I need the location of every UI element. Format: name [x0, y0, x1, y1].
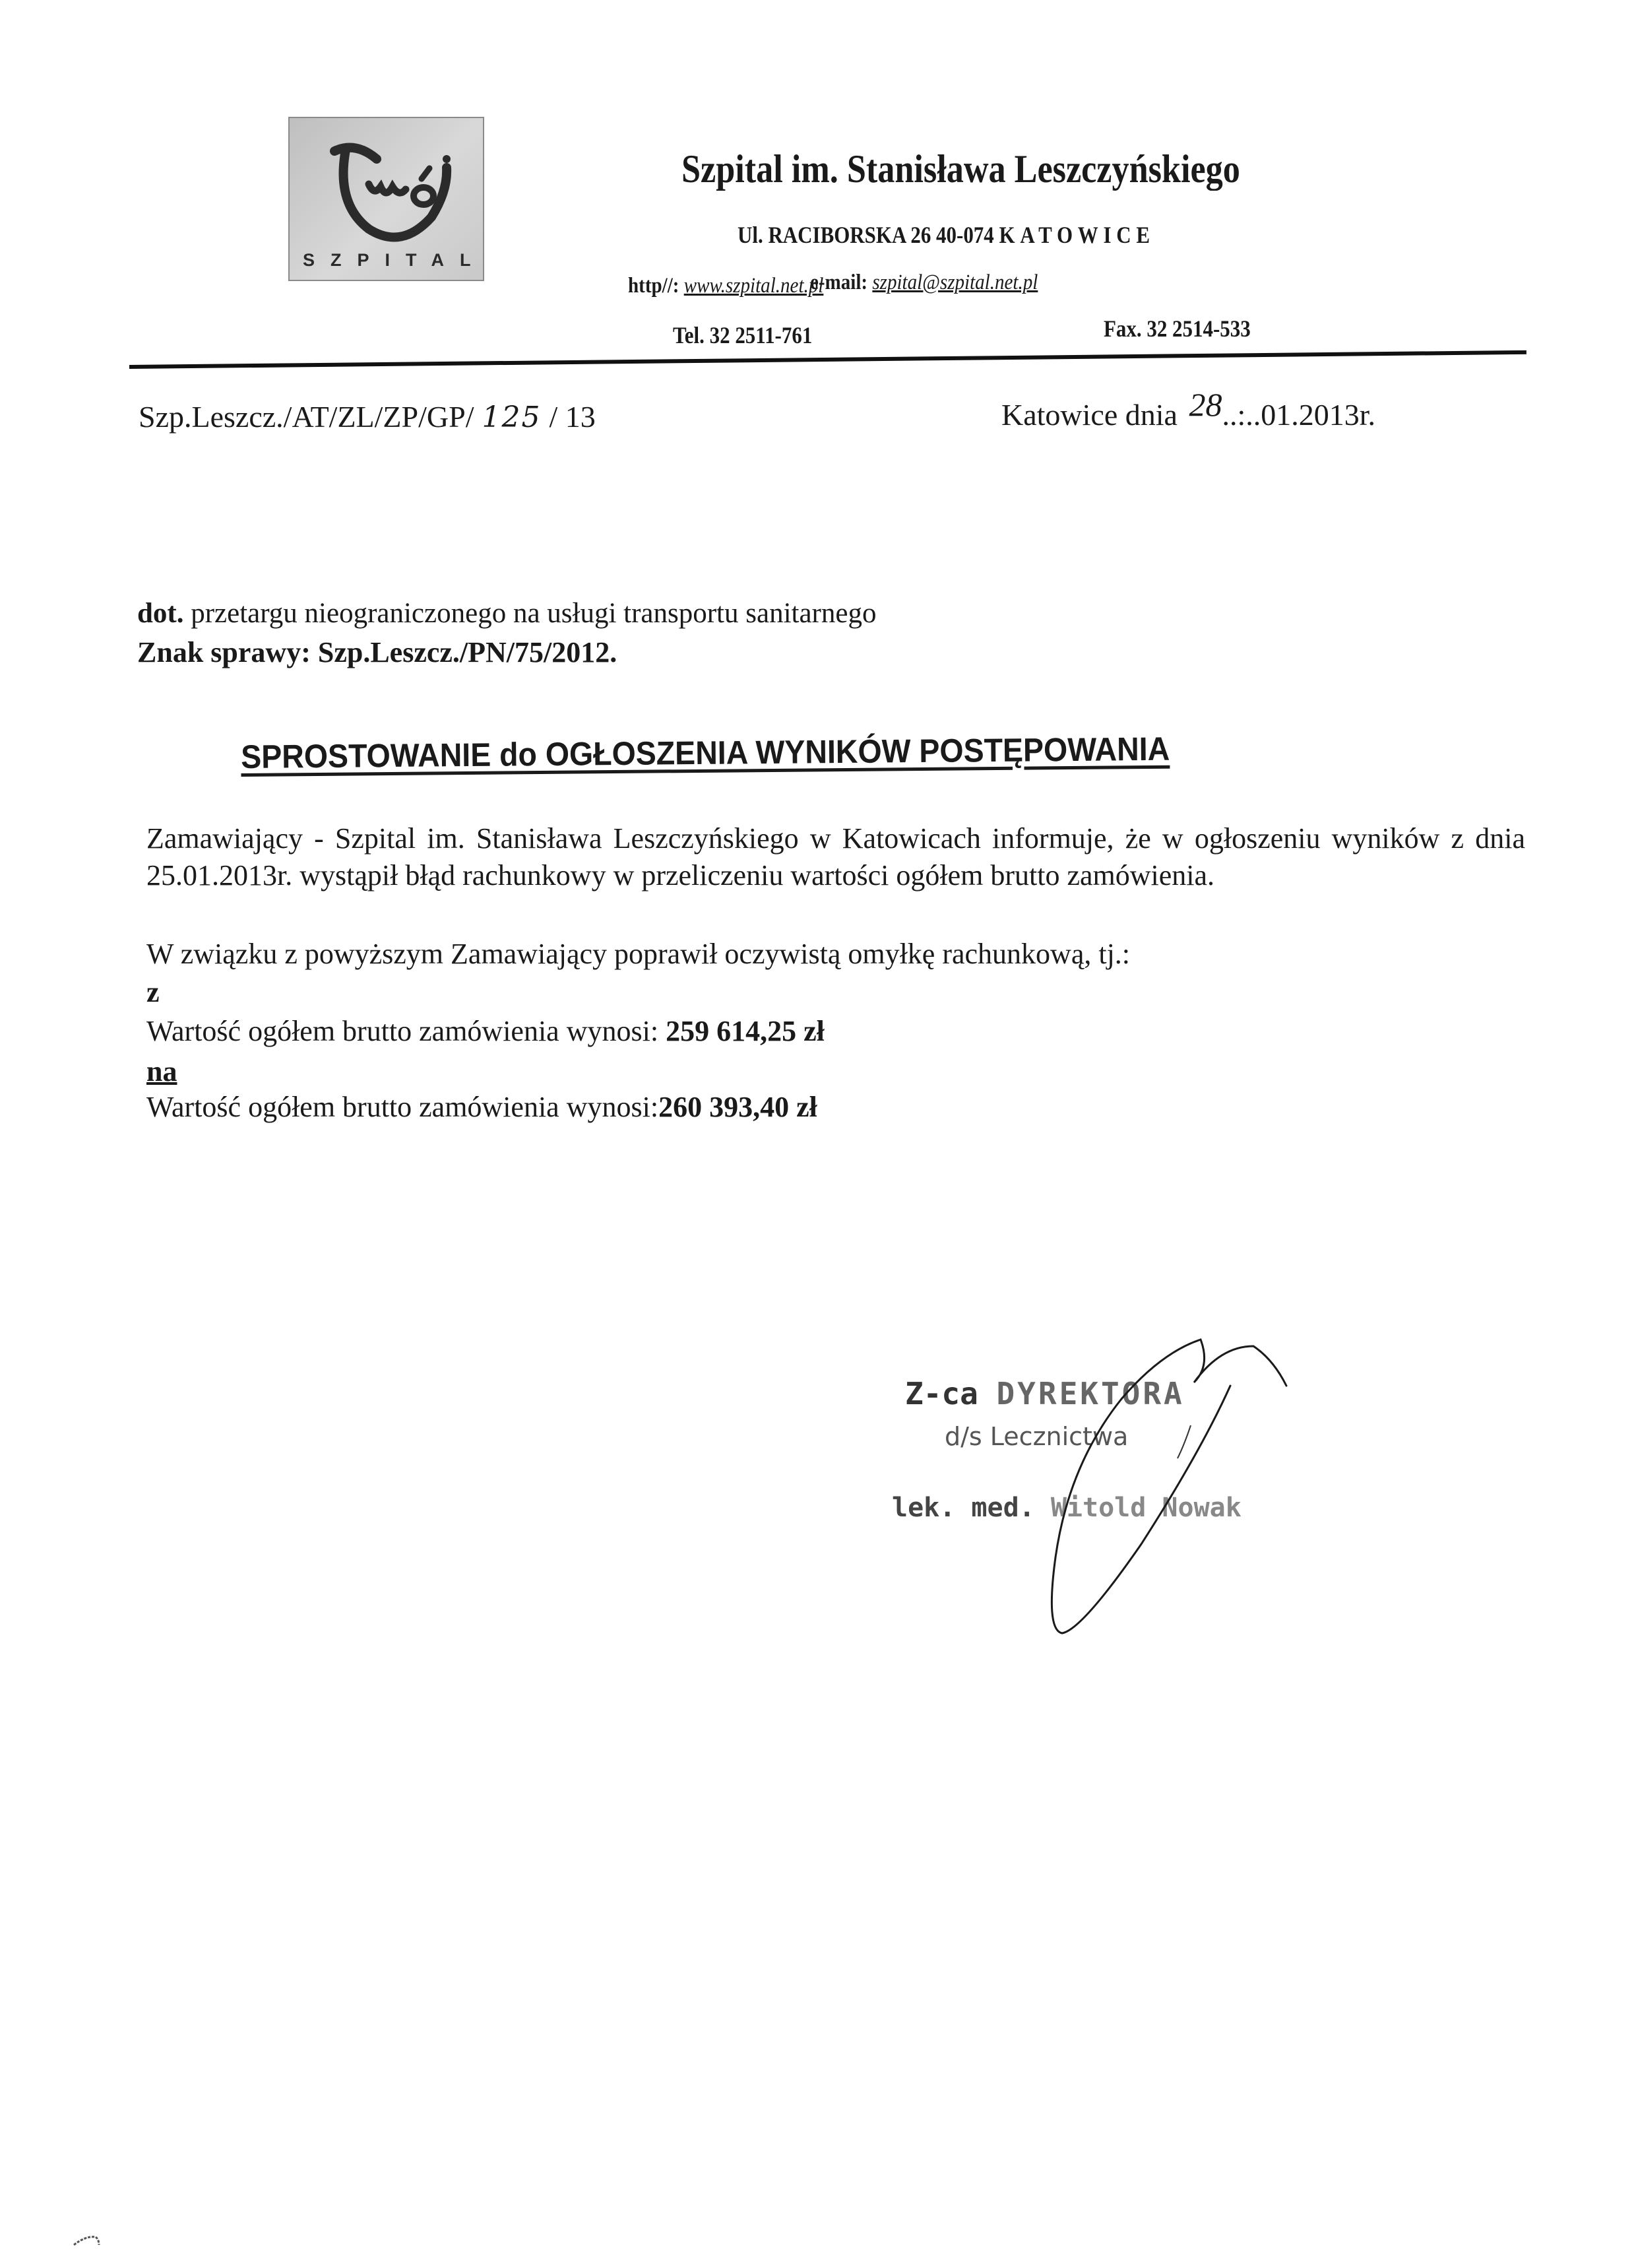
subject-text: przetargu nieograniczonego na usługi tra…: [183, 598, 876, 629]
case-label: Znak sprawy:: [137, 636, 318, 668]
signature-icon: [858, 1307, 1319, 1636]
hospital-logo: SZPITAL: [288, 117, 484, 281]
website-link[interactable]: www.szpital.net.pl: [684, 274, 824, 298]
case-number: Znak sprawy: Szp.Leszcz./PN/75/2012.: [137, 635, 617, 669]
reference-suffix: / 13: [549, 400, 595, 434]
hospital-name: Szpital im. Stanisława Leszczyńskiego: [681, 146, 1240, 192]
to-text: Wartość ogółem brutto zamówienia wynosi:: [146, 1091, 658, 1123]
from-value: 259 614,25 zł: [666, 1015, 825, 1047]
header-divider: [129, 350, 1526, 369]
web-label: http//:: [628, 274, 684, 298]
email-link[interactable]: szpital@szpital.net.pl: [872, 271, 1038, 294]
date-prefix: Katowice dnia: [1001, 398, 1185, 432]
to-label: na: [146, 1054, 177, 1088]
email: e-mail: szpital@szpital.net.pl: [810, 271, 1038, 295]
from-value-line: Wartość ogółem brutto zamówienia wynosi:…: [146, 1014, 825, 1048]
handwritten-day: 28: [1189, 386, 1222, 423]
from-text: Wartość ogółem brutto zamówienia wynosi:: [146, 1015, 666, 1047]
reference-prefix: Szp.Leszcz./AT/ZL/ZP/GP/: [139, 400, 474, 434]
body-paragraph-2: W związku z powyższym Zamawiający popraw…: [146, 937, 1130, 971]
hospital-address: Ul. RACIBORSKA 26 40-074 KATOWICE: [738, 221, 1155, 249]
email-label: e-mail:: [810, 271, 872, 294]
address-city: KATOWICE: [999, 222, 1155, 248]
document-date: Katowice dnia 28..:..01.2013r.: [1001, 395, 1375, 433]
to-value-line: Wartość ogółem brutto zamówienia wynosi:…: [146, 1090, 817, 1124]
subject-label: dot.: [137, 598, 183, 629]
to-value: 260 393,40 zł: [658, 1091, 817, 1123]
document-title: SPROSTOWANIE do OGŁOSZENIA WYNIKÓW POSTĘ…: [241, 730, 1170, 776]
telephone: Tel. 32 2511-761: [673, 321, 812, 349]
website: http//: www.szpital.net.pl: [628, 274, 823, 298]
body-paragraph-1: Zamawiający - Szpital im. Stanisława Les…: [146, 820, 1525, 894]
address-street: Ul. RACIBORSKA 26 40-074: [738, 222, 999, 248]
pen-mark-icon: [66, 2230, 106, 2250]
case-value: Szp.Leszcz./PN/75/2012.: [318, 636, 617, 668]
logo-text: SZPITAL: [290, 250, 483, 271]
handwritten-number: 125: [482, 401, 541, 434]
subject-line: dot. przetargu nieograniczonego na usług…: [137, 597, 876, 630]
from-label: z: [146, 975, 160, 1009]
date-suffix: ..:..01.2013r.: [1222, 398, 1375, 432]
fax: Fax. 32 2514-533: [1104, 315, 1251, 342]
reference-number: Szp.Leszcz./AT/ZL/ZP/GP/125/ 13: [139, 399, 596, 434]
